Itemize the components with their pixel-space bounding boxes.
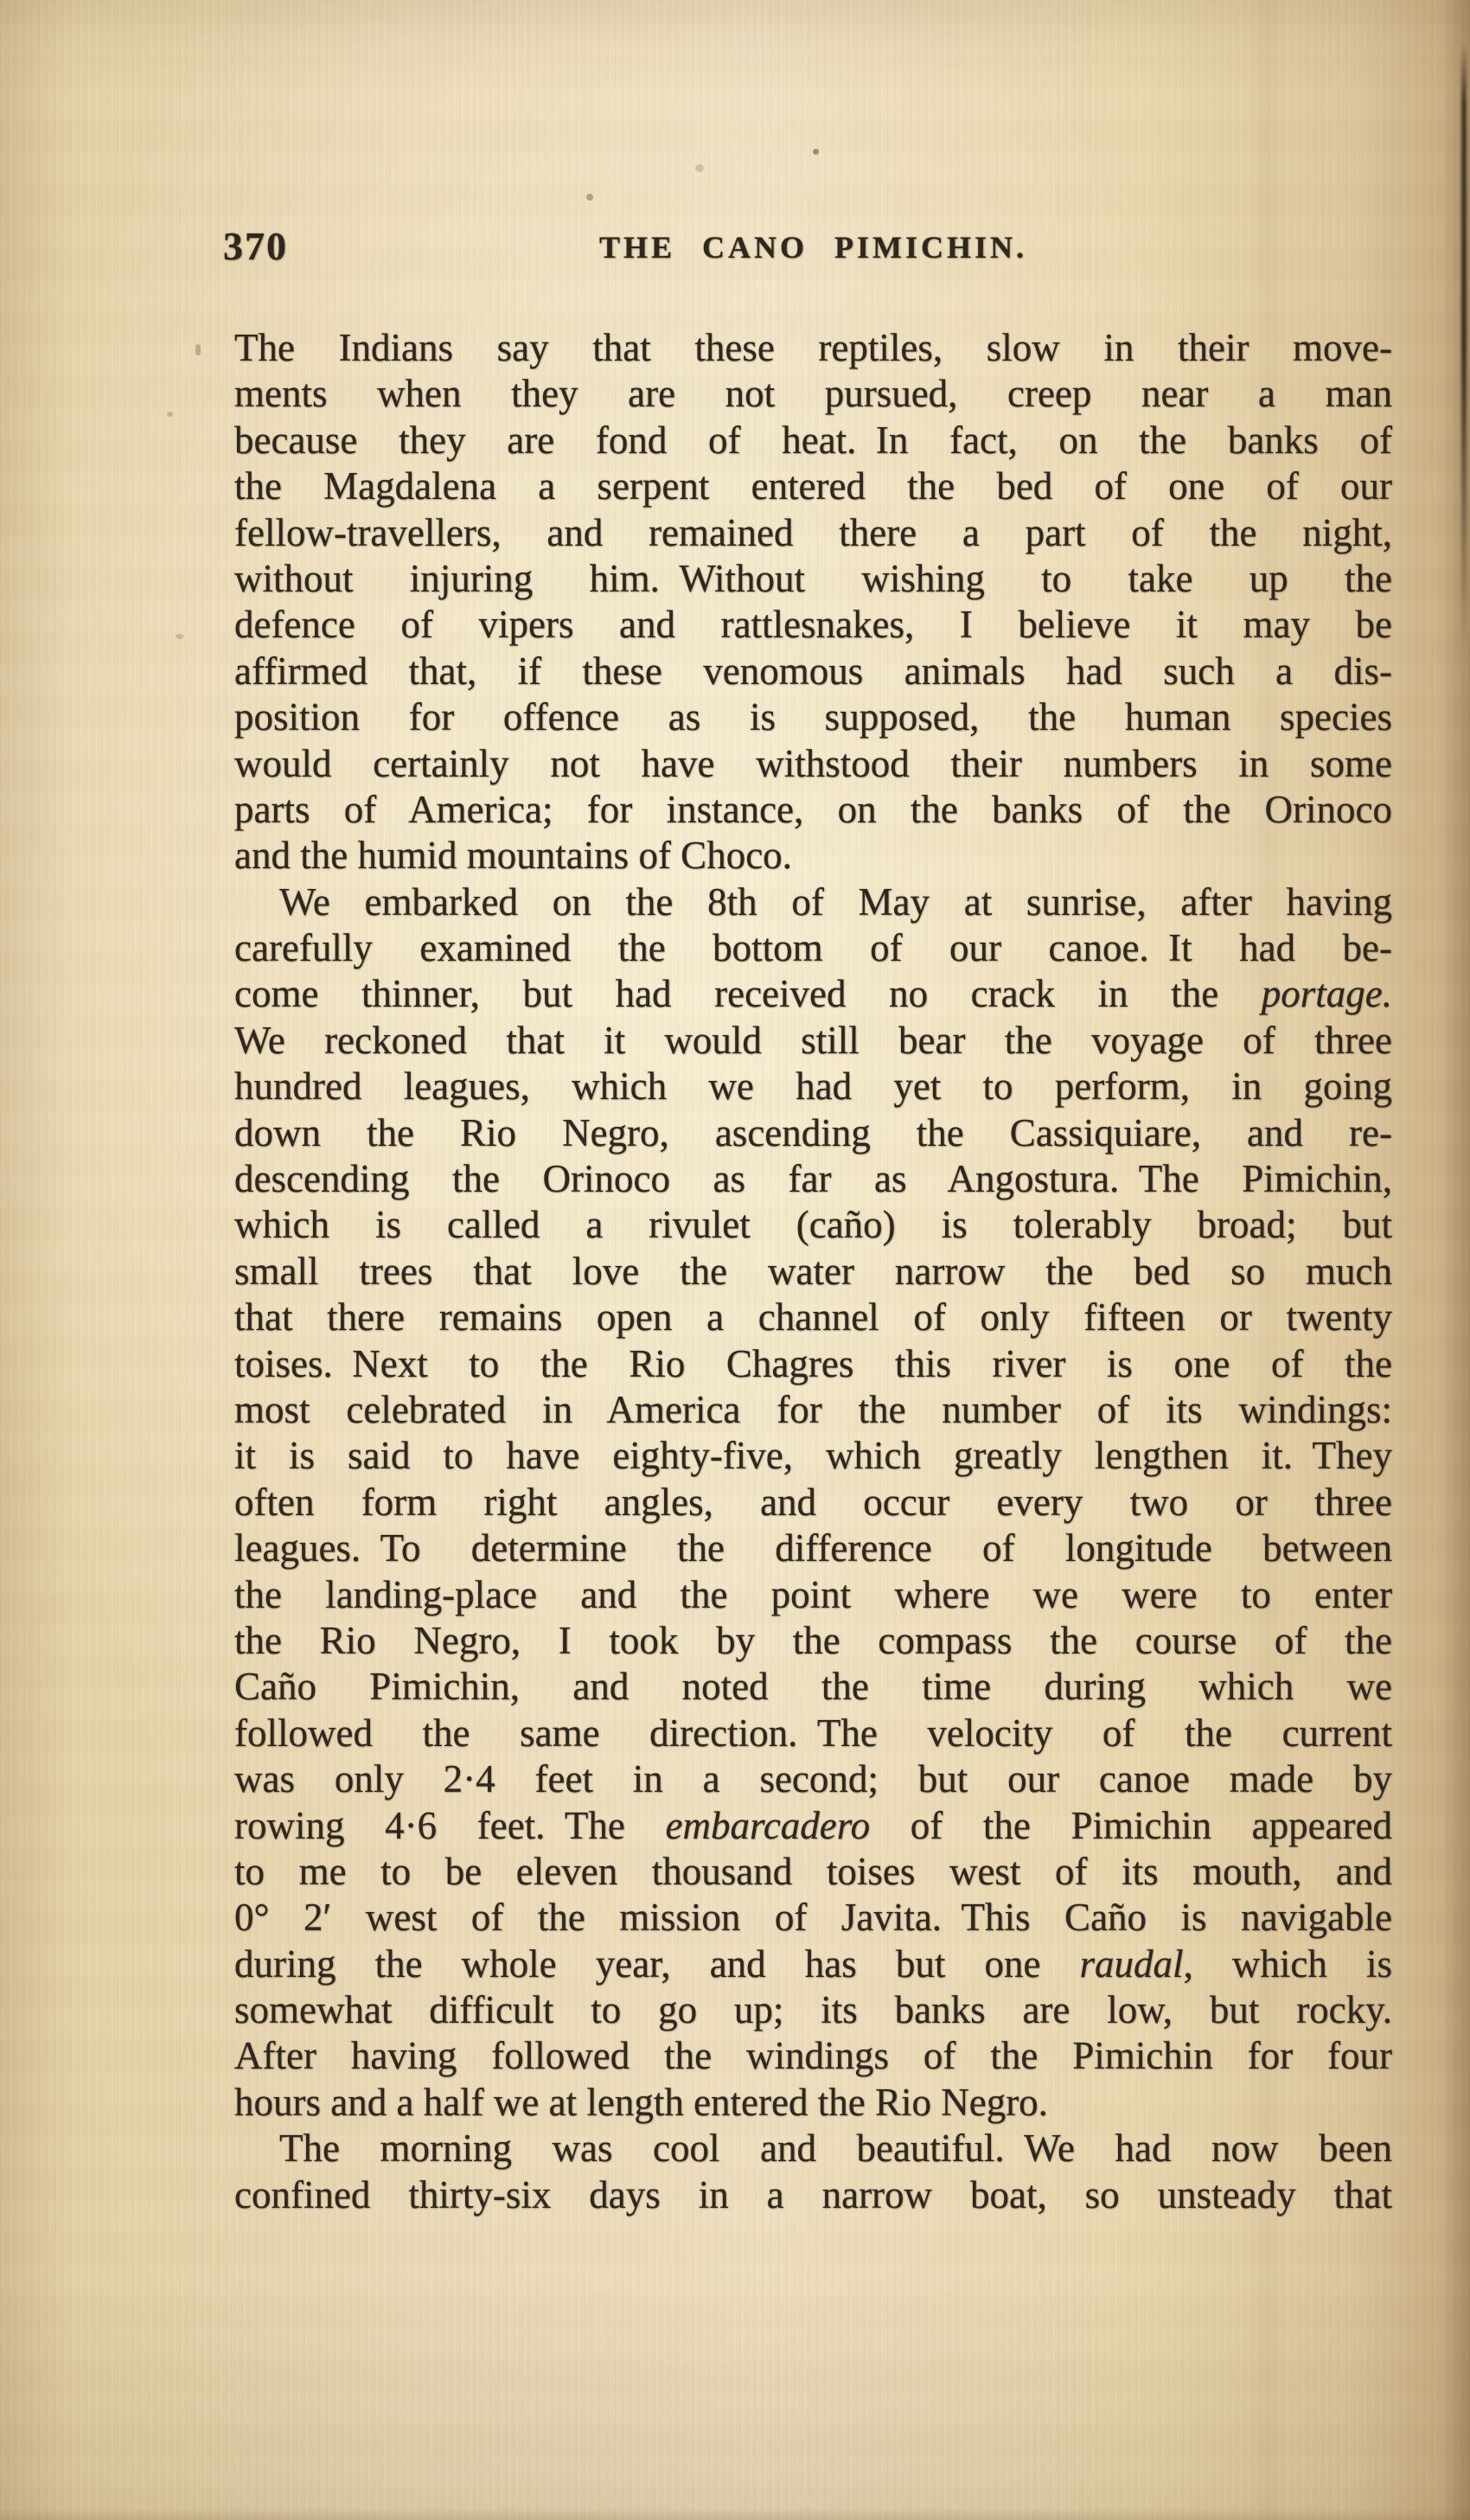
text-line: somewhat difficult to go up; its banks a…	[234, 1987, 1392, 2033]
text-line: affirmed that, if these venomous animals…	[234, 649, 1392, 694]
text-line: 0° 2′ west of the mission of Javita. Thi…	[234, 1895, 1392, 1941]
text-line: rowing 4·6 feet. The embarcadero of the …	[234, 1803, 1392, 1849]
text-line: and the humid mountains of Choco.	[234, 833, 1392, 879]
text-line: down the Rio Negro, ascending the Cassiq…	[234, 1110, 1392, 1156]
book-page-scan: 370 THE CANO PIMICHIN. The Indians say t…	[0, 0, 1470, 2520]
text-line: was only 2·4 feet in a second; but our c…	[234, 1756, 1392, 1802]
page-edge-shadow	[1441, 0, 1470, 2520]
text-segment: of the Pimichin appeared	[870, 1804, 1392, 1847]
text-line: small trees that love the water narrow t…	[234, 1249, 1392, 1295]
text-line: descending the Orinoco as far as Angostu…	[234, 1156, 1392, 1202]
text-line: The Indians say that these reptiles, slo…	[234, 325, 1392, 371]
text-line: The morning was cool and beautiful. We h…	[234, 2126, 1392, 2171]
bottom-edge-shadow	[0, 2508, 1470, 2520]
binding-edge-line	[1461, 42, 1467, 647]
text-line: without injuring him. Without wishing to…	[234, 556, 1392, 602]
text-line: defence of vipers and rattlesnakes, I be…	[234, 602, 1392, 648]
text-line: to me to be eleven thousand toises west …	[234, 1849, 1392, 1895]
text-line: the Rio Negro, I took by the compass the…	[234, 1618, 1392, 1664]
text-line: toises. Next to the Rio Chagres this riv…	[234, 1341, 1392, 1387]
italic-text-segment: portage.	[1262, 972, 1392, 1015]
text-line: confined thirty-six days in a narrow boa…	[234, 2172, 1392, 2218]
paper-speck	[813, 149, 819, 155]
text-line: followed the same direction. The velocit…	[234, 1711, 1392, 1756]
paper-speck	[167, 412, 173, 417]
text-line: position for offence as is supposed, the…	[234, 694, 1392, 740]
text-line: because they are fond of heat. In fact, …	[234, 418, 1392, 464]
text-line: fellow-travellers, and remained there a …	[234, 510, 1392, 556]
text-line: that there remains open a channel of onl…	[234, 1295, 1392, 1340]
text-line: We reckoned that it would still bear the…	[234, 1018, 1392, 1064]
text-line: leagues. To determine the difference of …	[234, 1525, 1392, 1571]
text-line: which is called a rivulet (caño) is tole…	[234, 1202, 1392, 1248]
italic-text-segment: embarcadero	[666, 1804, 871, 1847]
text-line: carefully examined the bottom of our can…	[234, 925, 1392, 971]
text-segment: , which is	[1184, 1942, 1392, 1986]
text-line: hundred leagues, which we had yet to per…	[234, 1064, 1392, 1110]
text-segment: rowing 4·6 feet. The	[234, 1804, 666, 1847]
running-header: THE CANO PIMICHIN.	[234, 232, 1392, 263]
text-line: After having followed the windings of th…	[234, 2033, 1392, 2079]
text-line: the landing-place and the point where we…	[234, 1572, 1392, 1618]
text-line: during the whole year, and has but one r…	[234, 1941, 1392, 1987]
text-segment: come thinner, but had received no crack …	[234, 972, 1262, 1015]
text-line: come thinner, but had received no crack …	[234, 971, 1392, 1017]
paper-speck	[695, 164, 704, 172]
text-line: We embarked on the 8th of May at sunrise…	[234, 879, 1392, 925]
text-line: hours and a half we at length entered th…	[234, 2080, 1392, 2126]
paper-speck	[195, 344, 201, 355]
text-segment: during the whole year, and has but one	[234, 1942, 1080, 1986]
paper-speck	[176, 634, 183, 639]
text-line: would certainly not have withstood their…	[234, 741, 1392, 787]
text-line: it is said to have eighty-five, which gr…	[234, 1433, 1392, 1479]
text-line: often form right angles, and occur every…	[234, 1480, 1392, 1525]
text-line: Caño Pimichin, and noted the time during…	[234, 1664, 1392, 1710]
text-line: the Magdalena a serpent entered the bed …	[234, 464, 1392, 509]
masthead: 370 THE CANO PIMICHIN.	[234, 214, 1392, 266]
text-line: parts of America; for instance, on the b…	[234, 787, 1392, 833]
body-text: The Indians say that these reptiles, slo…	[234, 325, 1392, 2218]
italic-text-segment: raudal	[1080, 1942, 1184, 1986]
paper-speck	[586, 194, 593, 201]
text-line: most celebrated in America for the numbe…	[234, 1387, 1392, 1433]
text-line: ments when they are not pursued, creep n…	[234, 371, 1392, 417]
